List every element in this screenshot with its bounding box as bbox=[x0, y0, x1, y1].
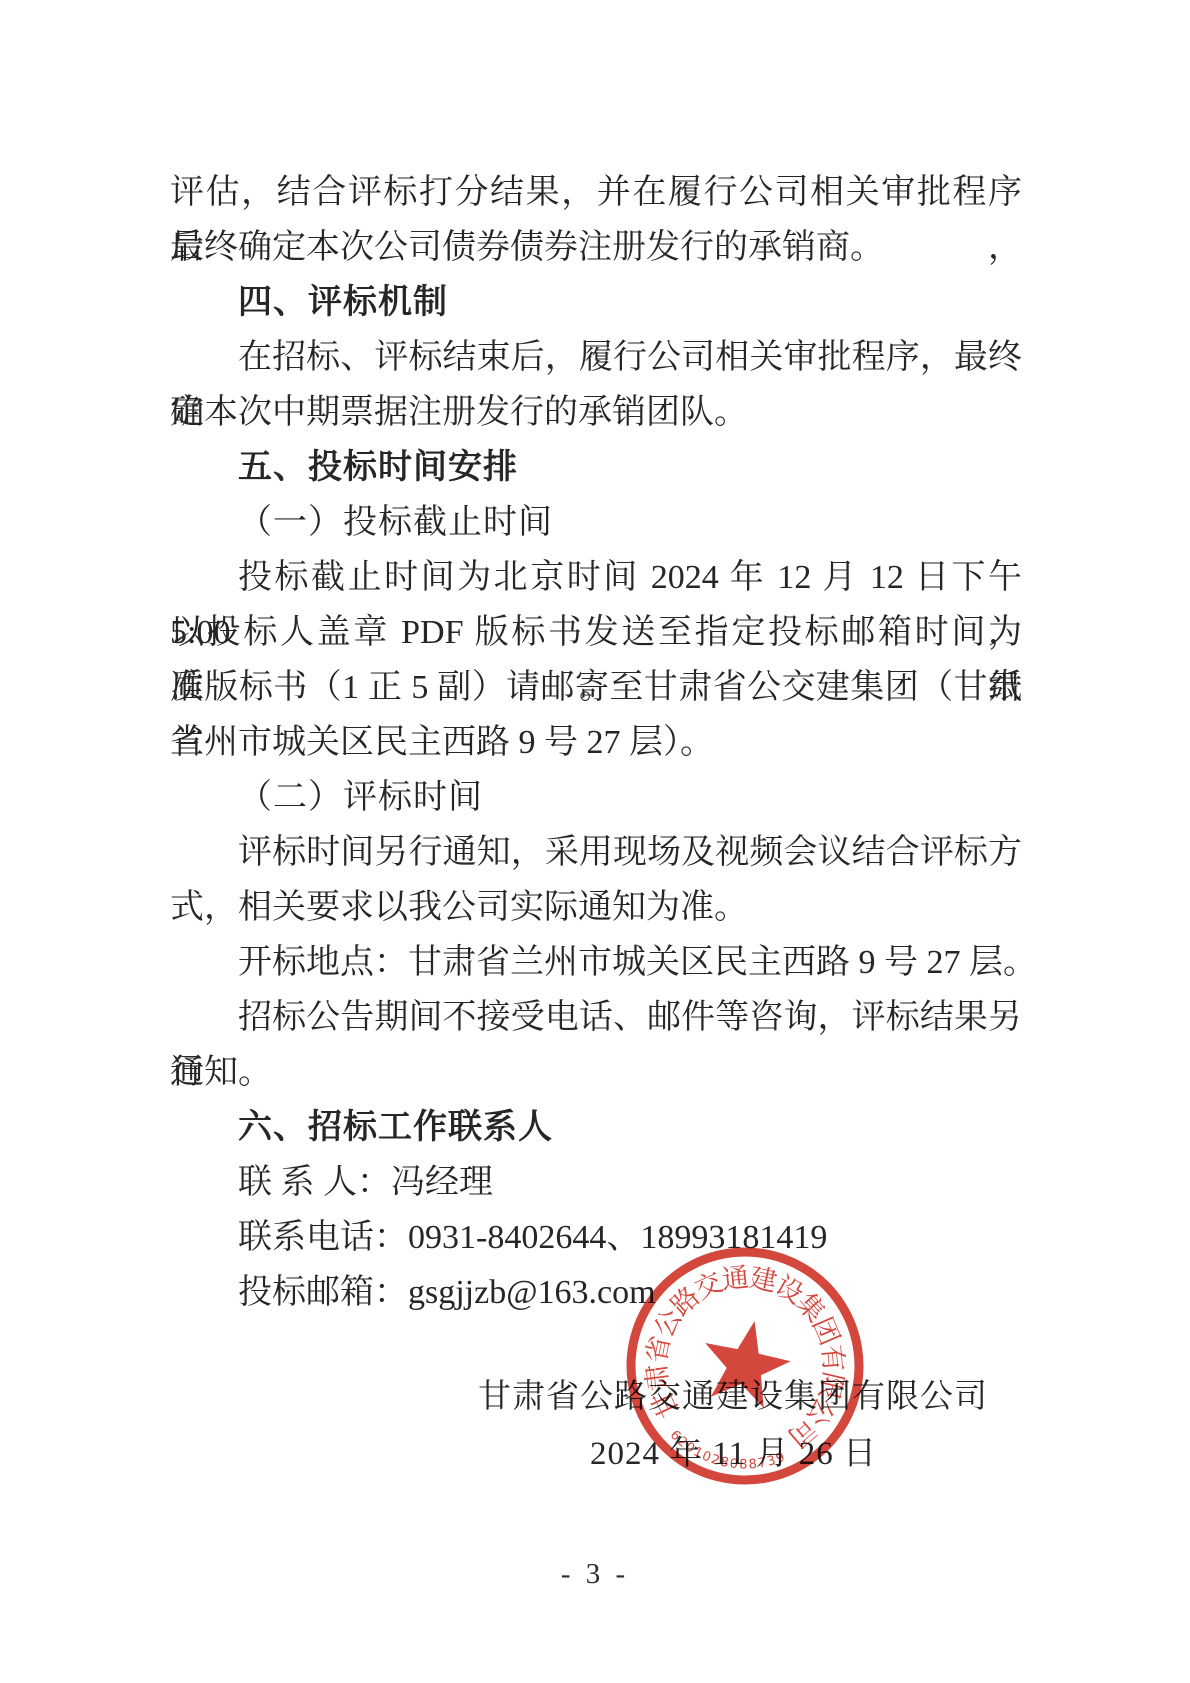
text-line: 以投标人盖章 PDF 版标书发送至指定投标邮箱时间为准。纸 bbox=[170, 605, 1022, 660]
svg-text:0: 0 bbox=[729, 1456, 739, 1472]
text-line: 联 系 人：冯经理 bbox=[170, 1155, 1022, 1210]
text-line: 投标截止时间为北京时间 2024 年 12 月 12 日下午 5:00， bbox=[170, 550, 1022, 605]
seal-star-icon bbox=[695, 1312, 798, 1412]
document-lines: 评估，结合评标打分结果，并在履行公司相关审批程序后，最终确定本次公司债券债券注册… bbox=[170, 165, 1022, 1320]
svg-text:通: 通 bbox=[720, 1262, 750, 1295]
svg-text:肃: 肃 bbox=[641, 1362, 674, 1393]
text-line: 评估，结合评标打分结果，并在履行公司相关审批程序后， bbox=[170, 165, 1022, 220]
page-number: - 3 - bbox=[0, 1558, 1190, 1591]
text-line: 式，相关要求以我公司实际通知为准。 bbox=[170, 880, 1022, 935]
text-line: 投标邮箱：gsgjjzb@163.com bbox=[170, 1265, 1022, 1320]
text-line: 质版标书（1 正 5 副）请邮寄至甘肃省公交建集团（甘肃省 bbox=[170, 660, 1022, 715]
document-page: 评估，结合评标打分结果，并在履行公司相关审批程序后，最终确定本次公司债券债券注册… bbox=[0, 0, 1190, 1683]
text-line: 评标时间另行通知，采用现场及视频会议结合评标方 bbox=[170, 825, 1022, 880]
text-line: 通知。 bbox=[170, 1045, 1022, 1100]
text-line: （二）评标时间 bbox=[170, 770, 1022, 825]
svg-text:8: 8 bbox=[739, 1457, 748, 1472]
text-line: 兰州市城关区民主西路 9 号 27 层）。 bbox=[170, 715, 1022, 770]
text-line: 在招标、评标结束后，履行公司相关审批程序，最终确 bbox=[170, 330, 1022, 385]
text-line: 招标公告期间不接受电话、邮件等咨询，评标结果另行 bbox=[170, 990, 1022, 1045]
company-seal-icon: 甘肃省公路交通建设集团有限公司 6201028088739 bbox=[615, 1236, 875, 1496]
text-line: （一）投标截止时间 bbox=[170, 495, 1022, 550]
text-line: 联系电话：0931-8402644、18993181419 bbox=[170, 1210, 1022, 1265]
text-line: 六、招标工作联系人 bbox=[170, 1100, 1022, 1155]
text-line: 定本次中期票据注册发行的承销团队。 bbox=[170, 385, 1022, 440]
text-line: 五、投标时间安排 bbox=[170, 440, 1022, 495]
text-line: 四、评标机制 bbox=[170, 275, 1022, 330]
seal-rotated-group: 甘肃省公路交通建设集团有限公司 6201028088739 bbox=[615, 1236, 875, 1496]
svg-text:8: 8 bbox=[748, 1457, 757, 1473]
svg-text:有: 有 bbox=[817, 1343, 849, 1373]
text-line: 开标地点：甘肃省兰州市城关区民主西路 9 号 27 层。 bbox=[170, 935, 1022, 990]
